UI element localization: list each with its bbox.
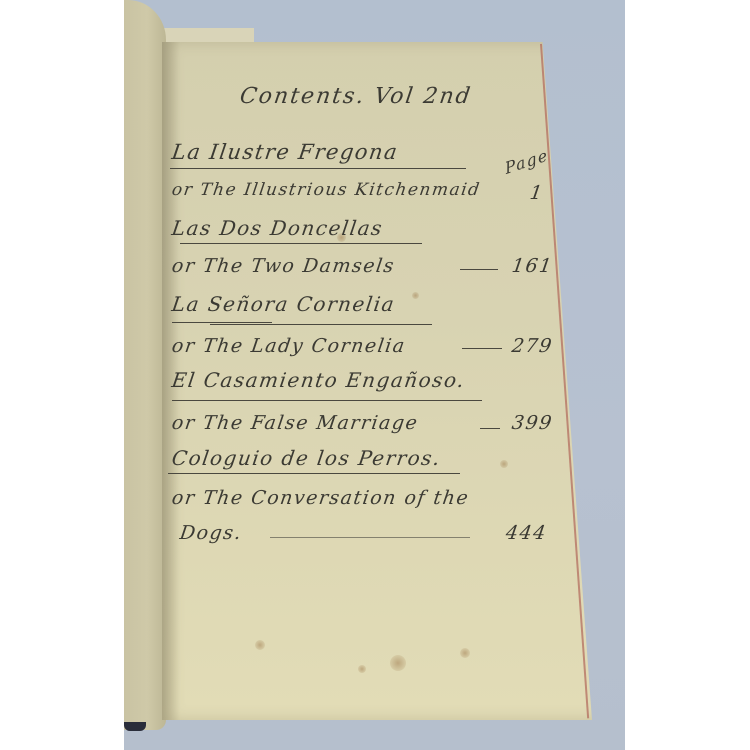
entry-spanish-title: Las Dos Doncellas bbox=[170, 216, 384, 240]
entry-page-number: 161 bbox=[510, 255, 554, 277]
entry-page-number: 444 bbox=[504, 522, 548, 544]
entry-english-title: or The Lady Cornelia bbox=[170, 335, 407, 357]
entry-spanish-title: La Señora Cornelia bbox=[170, 292, 397, 316]
leader-line bbox=[460, 269, 498, 270]
entry-english-title: or The Conversation of the bbox=[170, 487, 470, 509]
left-page-curl bbox=[124, 0, 166, 730]
foxing-spot bbox=[500, 460, 508, 468]
title-underline bbox=[210, 324, 432, 325]
title-underline bbox=[172, 400, 482, 401]
title-underline bbox=[168, 473, 460, 474]
leader-line bbox=[480, 428, 500, 429]
entry-page-number: 399 bbox=[510, 412, 554, 434]
foxing-spot bbox=[255, 640, 265, 650]
book-cover-edge bbox=[124, 722, 146, 731]
foxing-spot bbox=[390, 655, 406, 671]
entry-page-number: 279 bbox=[510, 335, 554, 357]
leader-line bbox=[462, 348, 502, 349]
entry-english-title: or The Illustrious Kitchenmaid bbox=[171, 180, 482, 200]
foxing-spot bbox=[358, 665, 366, 673]
contents-heading: Contents. Vol 2nd bbox=[238, 84, 473, 109]
leader-line bbox=[270, 537, 470, 538]
entry-english-title-continued: Dogs. bbox=[178, 522, 243, 544]
entry-spanish-title: El Casamiento Engañoso. bbox=[170, 368, 467, 392]
entry-spanish-title: Cologuio de los Perros. bbox=[170, 446, 442, 470]
title-underline bbox=[170, 168, 466, 169]
foxing-spot bbox=[460, 648, 470, 658]
foxing-spot bbox=[412, 292, 419, 299]
title-underline bbox=[172, 322, 272, 323]
entry-spanish-title: La Ilustre Fregona bbox=[170, 140, 400, 164]
entry-english-title: or The Two Damsels bbox=[170, 255, 396, 277]
entry-english-title: or The False Marriage bbox=[170, 412, 419, 434]
title-underline bbox=[180, 243, 422, 244]
